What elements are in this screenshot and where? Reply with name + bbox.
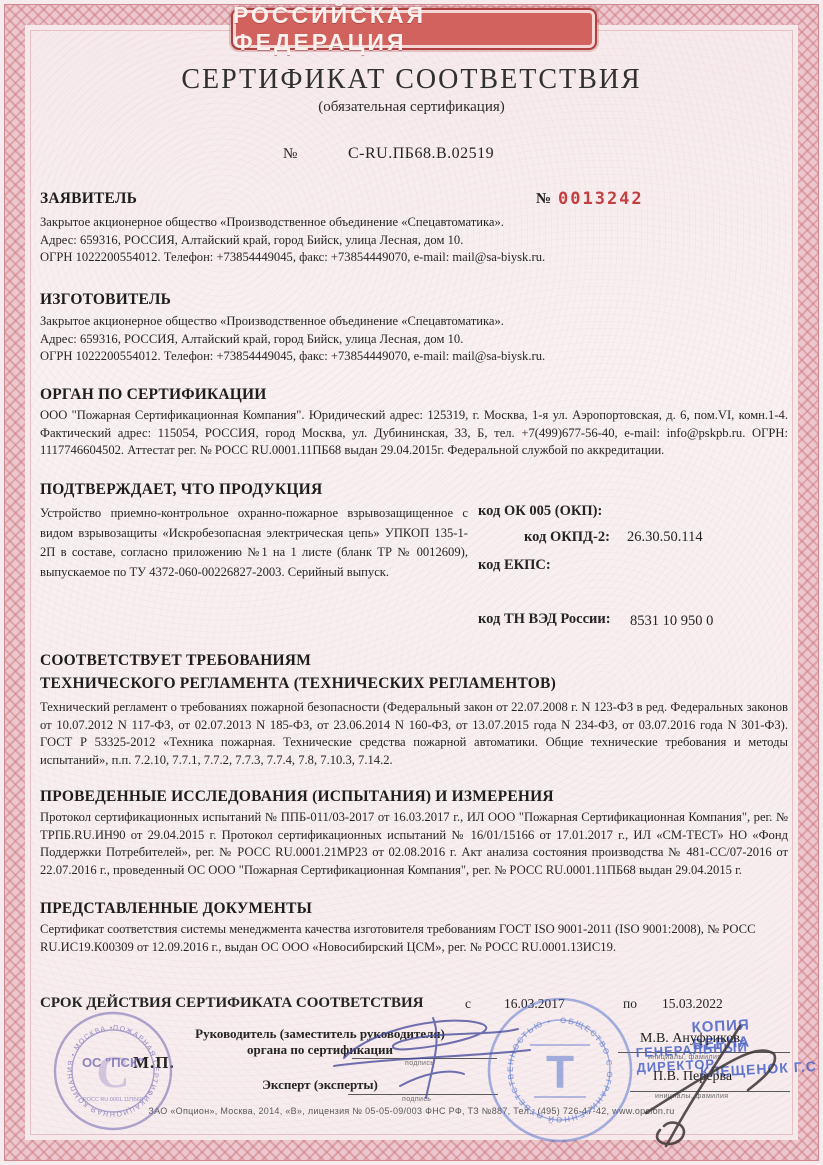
compliance-heading-line2: ТЕХНИЧЕСКОГО РЕГЛАМЕНТА (ТЕХНИЧЕСКИХ РЕГ… — [40, 675, 556, 693]
certificate-number-label: № — [283, 146, 297, 163]
documents-text: Сертификат соответствия системы менеджме… — [40, 921, 788, 956]
certificate-inner-area — [30, 30, 793, 1135]
code-okpd2-value: 26.30.50.114 — [627, 529, 703, 546]
applicant-heading: ЗАЯВИТЕЛЬ — [40, 190, 137, 208]
blank-number-label: № — [536, 191, 551, 208]
center-stamp-logo: Т — [546, 1046, 574, 1098]
expert-signature-ink — [588, 1018, 813, 1153]
certification-body-text: ООО "Пожарная Сертификационная Компания"… — [40, 407, 788, 460]
certificate-title: СЕРТИФИКАТ СООТВЕТСТВИЯ — [0, 64, 823, 96]
blank-number-value: 0013242 — [558, 189, 644, 209]
code-okpd2-label: код ОКПД-2: — [524, 529, 610, 546]
certification-body-round-stamp: ПОЖАРНАЯ СЕРТИФИКАЦИОННАЯ КОМПАНИЯ • МОС… — [35, 1005, 195, 1140]
code-ok005-label: код ОК 005 (ОКП): — [478, 503, 602, 520]
manufacturer-heading: ИЗГОТОВИТЕЛЬ — [40, 291, 171, 309]
product-text: Устройство приемно-контрольное охранно-п… — [40, 504, 468, 582]
compliance-heading-line1: СООТВЕТСТВУЕТ ТРЕБОВАНИЯМ — [40, 652, 311, 670]
compliance-text: Технический регламент о требованиях пожа… — [40, 699, 788, 770]
code-tnved-label: код ТН ВЭД России: — [478, 611, 611, 628]
country-badge-label: РОССИЙСКАЯ ФЕДЕРАЦИЯ — [233, 2, 595, 56]
product-heading: ПОДТВЕРЖДАЕТ, ЧТО ПРОДУКЦИЯ — [40, 481, 322, 499]
manufacturer-text: Закрытое акционерное общество «Производс… — [40, 313, 752, 366]
head-signature-ink — [330, 1008, 540, 1103]
left-stamp-center-text: ОС "ПСК" — [82, 1055, 144, 1070]
certificate-subtitle: (обязательная сертификация) — [0, 99, 823, 116]
certificate-page: РОССИЙСКАЯ ФЕДЕРАЦИЯ СЕРТИФИКАТ СООТВЕТС… — [0, 0, 823, 1165]
certificate-number-value: C-RU.ПБ68.В.02519 — [348, 145, 494, 163]
applicant-text: Закрытое акционерное общество «Производс… — [40, 214, 752, 267]
left-stamp-small-text: РОСС RU.0001.11ПБ68 — [83, 1097, 143, 1103]
documents-heading: ПРЕДСТАВЛЕННЫЕ ДОКУМЕНТЫ — [40, 900, 312, 918]
tests-text: Протокол сертификационных испытаний № ПП… — [40, 809, 788, 880]
left-stamp-monogram: С — [96, 1046, 129, 1097]
certification-body-heading: ОРГАН ПО СЕРТИФИКАЦИИ — [40, 386, 267, 404]
validity-to-date: 15.03.2022 — [662, 996, 723, 1012]
tests-heading: ПРОВЕДЕННЫЕ ИССЛЕДОВАНИЯ (ИСПЫТАНИЯ) И И… — [40, 788, 554, 806]
country-badge: РОССИЙСКАЯ ФЕДЕРАЦИЯ — [231, 8, 597, 50]
code-tnved-value: 8531 10 950 0 — [630, 613, 713, 630]
code-ekps-label: код ЕКПС: — [478, 557, 551, 574]
